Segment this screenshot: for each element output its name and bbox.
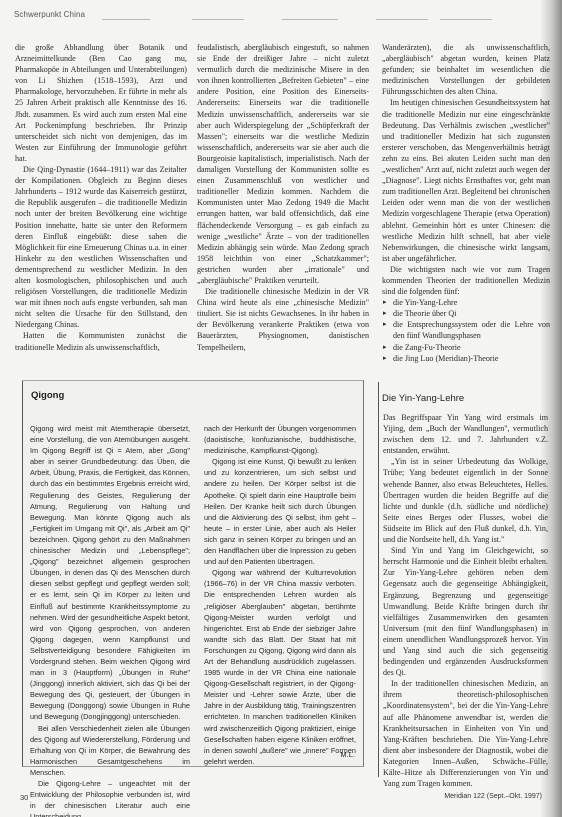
paragraph: Im heutigen chinesischen Gesundheitssyst… <box>382 97 550 263</box>
paragraph: Die traditionelle chinesische Medizin in… <box>197 286 369 353</box>
qigong-sidebar-box: Qigong Qigong wird meist mit Atemtherapi… <box>22 380 364 767</box>
yin-yang-text: Das Begriffspaar Yin Yang wird erstmals … <box>383 412 548 789</box>
section-rule <box>378 382 379 777</box>
paragraph: feudalistisch, abergläubisch eingestuft,… <box>197 42 369 286</box>
paragraph: „Yin ist in seiner Urbedeutung das Wolki… <box>383 456 548 545</box>
running-header: Schwerpunkt China <box>14 10 544 24</box>
running-title: Schwerpunkt China <box>14 10 85 19</box>
publication-info: Meridian 122 (Sept.–Okt. 1997) <box>444 793 542 800</box>
paragraph: Qigong ist eine Kunst, Qi bewußt zu lenk… <box>204 456 356 567</box>
box-column-2: nach der Herkunft der Übungen vorgenomme… <box>204 423 356 767</box>
header-rule <box>102 19 150 20</box>
paragraph: Hatten die Kommunisten zunächst die trad… <box>15 330 187 352</box>
paragraph: Die wichtigsten nach wie vor zum Tragen … <box>382 264 550 297</box>
paragraph: Die Qing-Dynastie (1644–1911) war das Ze… <box>15 164 187 330</box>
paragraph: die große Abhandlung über Botanik und Ar… <box>15 42 187 164</box>
header-rule <box>376 19 428 20</box>
paragraph: Qigong wird meist mit Atemtherapie übers… <box>30 423 190 723</box>
paragraph: Das Begriffspaar Yin Yang wird erstmals … <box>383 412 548 456</box>
paragraph: Die Qigong-Lehre – ungeachtet mit der En… <box>30 778 190 817</box>
paragraph: Wanderärzten), die als unwissenschaftlic… <box>382 42 550 97</box>
page-number: 30 <box>20 793 28 802</box>
list-item: die Yin-Yang-Lehre <box>382 297 550 308</box>
paragraph: In der traditionellen chinesischen Mediz… <box>383 678 548 789</box>
author-signature: M.L. <box>340 750 355 759</box>
text-column-3: Wanderärzten), die als unwissenschaftlic… <box>382 42 550 364</box>
paragraph: nach der Herkunft der Übungen vorgenomme… <box>204 423 356 456</box>
paragraph: Qigong war während der Kulturrevolution … <box>204 567 356 767</box>
list-item: die Jing Luo (Meridian)-Theorie <box>382 353 550 364</box>
header-rule <box>192 19 244 20</box>
list-item: die Theorie über Qi <box>382 308 550 319</box>
box-title: Qigong <box>31 390 64 401</box>
text-column-2: feudalistisch, abergläubisch eingestuft,… <box>197 42 369 353</box>
header-rule <box>440 19 492 20</box>
header-rule <box>282 19 338 20</box>
section-heading: Die Yin-Yang-Lehre <box>382 393 464 404</box>
theory-list: die Yin-Yang-Lehre die Theorie über Qi d… <box>382 297 550 364</box>
paragraph: Sind Yin und Yang im Gleichgewicht, so h… <box>383 545 548 678</box>
list-item: die Zang-Fu-Theorie <box>382 342 550 353</box>
box-column-1: Qigong wird meist mit Atemtherapie übers… <box>30 423 190 817</box>
list-item: die Entsprechungssystem oder die Lehre v… <box>382 319 550 341</box>
text-column-1: die große Abhandlung über Botanik und Ar… <box>15 42 187 353</box>
paragraph: Bei allen Verschiedenheit zielen alle Üb… <box>30 723 190 778</box>
